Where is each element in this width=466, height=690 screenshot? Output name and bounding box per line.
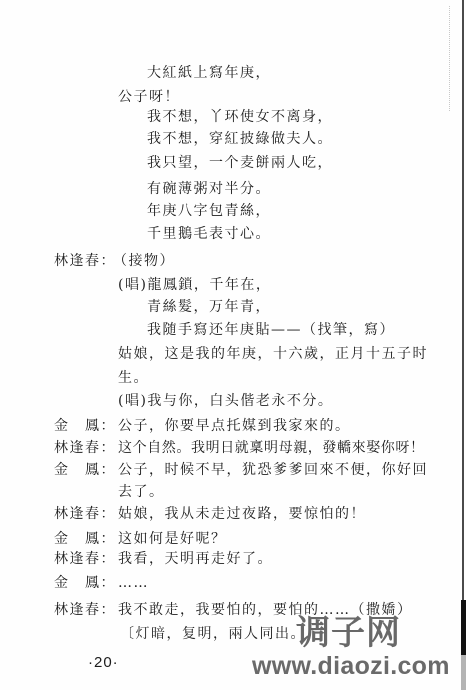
speaker-label: 金 鳳： — [54, 417, 116, 435]
speaker-label: 林逢春： — [54, 439, 116, 457]
dialogue-line: 生。 — [118, 369, 149, 387]
speaker-label: 林逢春： — [54, 505, 116, 523]
dialogue-line: 去了。 — [118, 483, 165, 501]
lyric-line: 公子呀！ — [118, 88, 180, 106]
dialogue-line: 公子，时候不早，犹恐爹爹回來不便，你好回 — [118, 461, 428, 479]
speaker-label: 金 鳳： — [54, 530, 116, 548]
watermark-title: 调子网 — [296, 612, 401, 654]
speaker-label: 金 鳳： — [54, 574, 116, 592]
scan-edge-line — [462, 0, 464, 600]
stage-direction: （接物） — [113, 252, 175, 270]
scanned-page: 大紅紙上寫年庚， 公子呀！ 我不想，丫环使女不离身， 我不想，穿紅披綠做夫人。 … — [0, 0, 466, 690]
dialogue-line: 公子，你要早点托媒到我家來的。 — [118, 417, 351, 435]
dialogue-line: …… — [118, 574, 149, 592]
scan-noise — [449, 6, 450, 111]
dialogue-line: 这个自然。我明日就稟明母親，發轎來娶你呀！ — [118, 439, 425, 457]
speaker-label: 林逢春： — [54, 252, 116, 270]
lyric-line: 青絲髮，万年青， — [147, 298, 271, 316]
lyric-line: 我不想，穿紅披綠做夫人。 — [147, 130, 333, 148]
lyric-line: 有碗薄粥对半分。 — [147, 180, 271, 198]
watermark-url: www.diaozi.com — [252, 652, 450, 680]
scan-edge-gray — [461, 655, 466, 690]
lyric-line: 我不想，丫环使女不离身， — [147, 108, 333, 126]
lyric-line: (唱)龍鳳鎖，千年在， — [118, 276, 271, 294]
dialogue-line: 姑娘，这是我的年庚，十六歲，正月十五子时 — [118, 345, 428, 363]
page-number: ·20· — [88, 654, 119, 672]
dialogue-line: 这如何是好呢？ — [118, 530, 227, 548]
dialogue-line: 我看，天明再走好了。 — [118, 550, 273, 568]
dialogue-line: 姑娘，我从未走过夜路，要惊怕的！ — [118, 505, 366, 523]
stage-direction: 〔灯暗，复明，兩人同出。 — [120, 625, 306, 643]
lyric-line: (唱)我与你，白头偕老永不分。 — [118, 392, 333, 410]
speaker-label: 林逢春： — [54, 601, 116, 619]
lyric-line: 千里鵝毛表寸心。 — [147, 225, 271, 243]
speaker-label: 林逢春： — [54, 550, 116, 568]
scan-edge-dark — [461, 600, 466, 655]
lyric-line: 大紅紙上寫年庚， — [147, 64, 271, 82]
speaker-label: 金 鳳： — [54, 461, 116, 479]
lyric-line: 我只望，一个麦餅兩人吃， — [147, 154, 333, 172]
lyric-line: 我随手寫还年庚貼——（找筆，寫） — [147, 321, 395, 339]
lyric-line: 年庚八字包青絲， — [147, 202, 271, 220]
